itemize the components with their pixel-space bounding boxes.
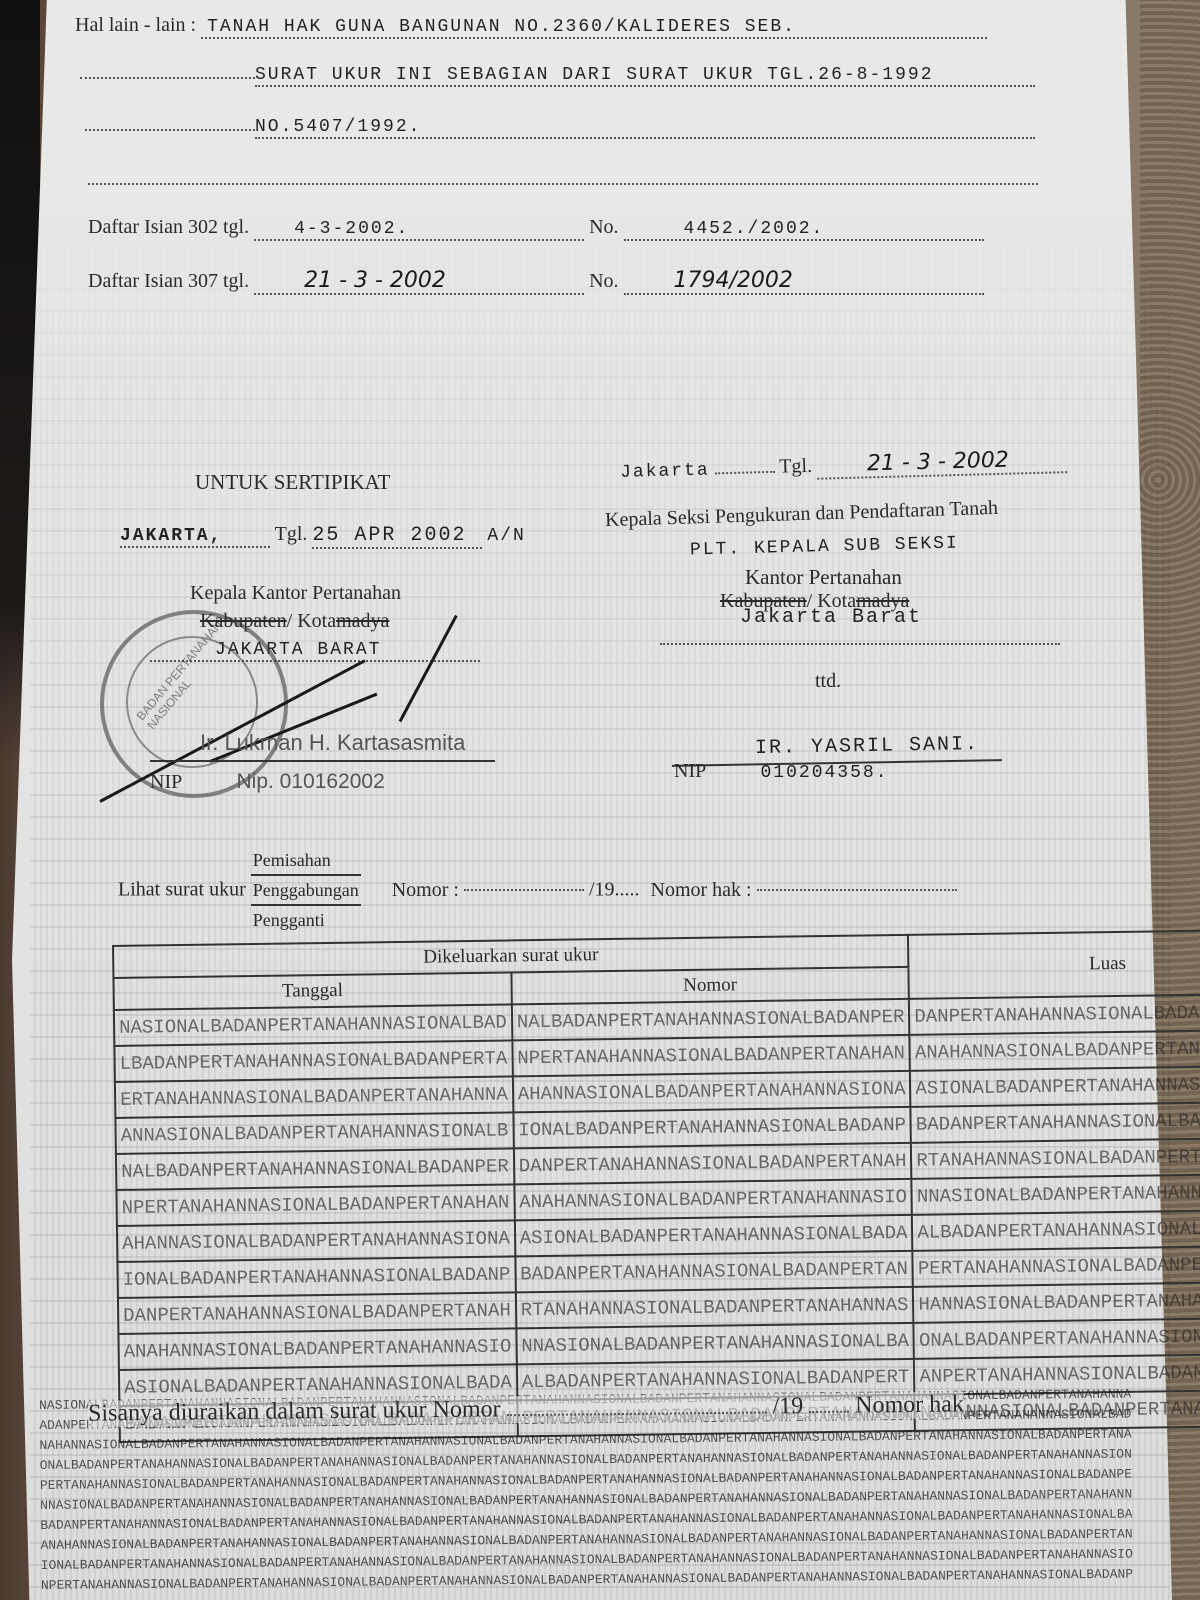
table-cell-empty: ANAHANNASIONALBADANPERTANAHANNASIO bbox=[514, 1179, 912, 1221]
table-cell-empty: NPERTANAHANNASIONALBADANPERTANAHAN bbox=[512, 1035, 910, 1077]
hal-lain-row-3: NO.5407/1992. bbox=[85, 114, 1035, 139]
sertipikat-title: Kepala Kantor Pertanahan bbox=[190, 582, 401, 605]
table-cell-empty: DANPERTANAHANNASIONALBADANPERTANAH bbox=[118, 1292, 516, 1334]
pengukuran-office: Kantor Pertanahan bbox=[745, 565, 902, 590]
surat-ukur-table: Dikeluarkan surat ukur Luas Nomor hak Si… bbox=[112, 917, 1200, 1443]
pengukuran-nip-label: NIP bbox=[674, 760, 705, 782]
lihat-surat-ukur-options: Pemisahan Penggabungan Pengganti bbox=[251, 846, 361, 934]
sertipikat-nip-row: NIP Nip. 010162002 bbox=[150, 770, 385, 794]
sertipikat-nip-label: NIP bbox=[150, 771, 181, 793]
table-cell-empty: IONALBADANPERTANAHANNASIONALBADANP bbox=[117, 1256, 515, 1298]
table-cell-empty: ANAHANNASIONALBADANPERTANAHANNASIO bbox=[910, 1029, 1200, 1071]
option-pemisahan: Pemisahan bbox=[251, 846, 361, 876]
pengukuran-nip: 010204358. bbox=[760, 763, 888, 783]
sertipikat-city: JAKARTA, bbox=[120, 526, 270, 548]
sertipikat-date: 25 APR 2002 bbox=[312, 524, 482, 549]
lihat-surat-ukur-label: Lihat surat ukur bbox=[118, 879, 246, 901]
pengukuran-city: Jakarta bbox=[620, 461, 710, 483]
lihat-nomor-label: Nomor : bbox=[392, 879, 459, 901]
table-cell-empty: RTANAHANNASIONALBADANPERTANAHANNAS bbox=[911, 1137, 1200, 1179]
daftar-isian-302-no-label: No. bbox=[589, 216, 618, 238]
sertipikat-nip: Nip. 010162002 bbox=[236, 770, 384, 793]
table-cell-empty: ANAHANNASIONALBADANPERTANAHANNASIO bbox=[118, 1328, 516, 1370]
table-cell-empty: NALBADANPERTANAHANNASIONALBADANPER bbox=[116, 1148, 514, 1190]
footer-nomor-hak-label: Nomor hak bbox=[855, 1391, 964, 1418]
hal-lain-line-2: SURAT UKUR INI SEBAGIAN DARI SURAT UKUR … bbox=[255, 65, 1035, 87]
footer-text: Sisanya diuraikan dalam surat ukur Nomor bbox=[88, 1396, 501, 1426]
table-cell-empty: NNASIONALBADANPERTANAHANNASIONALBA bbox=[516, 1323, 914, 1365]
lihat-year-suffix: /19..... bbox=[589, 879, 640, 901]
table-cell-empty: PERTANAHANNASIONALBADANPERTANAHANN bbox=[913, 1245, 1200, 1287]
lihat-nomor-hak-label: Nomor hak : bbox=[651, 879, 752, 901]
table-cell-empty: BADANPERTANAHANNASIONALBADANPERTAN bbox=[911, 1101, 1200, 1143]
table-cell-empty: RTANAHANNASIONALBADANPERTANAHANNAS bbox=[516, 1287, 914, 1329]
sertipikat-date-row: JAKARTA, Tgl. 25 APR 2002 A/N bbox=[120, 523, 526, 549]
daftar-isian-307-label: Daftar Isian 307 tgl. bbox=[88, 270, 249, 292]
sertipikat-tgl-label: Tgl. bbox=[275, 523, 308, 545]
table-cell-empty: ERTANAHANNASIONALBADANPERTANAHANNA bbox=[115, 1076, 513, 1118]
table-cell-empty: ASIONALBADANPERTANAHANNASIONALBADA bbox=[910, 1065, 1200, 1107]
an-label: A/N bbox=[487, 526, 525, 546]
table-cell-empty: HANNASIONALBADANPERTANAHANNASIONAL bbox=[913, 1281, 1200, 1323]
table-cell-empty: NNASIONALBADANPERTANAHANNASIONALBA bbox=[912, 1173, 1200, 1215]
sertipikat-official-name: Ir. Lukman H. Kartasasmita bbox=[200, 730, 465, 756]
hal-lain-line-3: NO.5407/1992. bbox=[255, 117, 1035, 139]
table-cell-empty: NASIONALBADANPERTANAHANNASIONALBAD bbox=[114, 1004, 512, 1046]
table-cell-empty: ANNASIONALBADANPERTANAHANNASIONALB bbox=[115, 1112, 513, 1154]
option-penggabungan: Penggabungan bbox=[251, 876, 361, 906]
sertipikat-heading: UNTUK SERTIPIKAT bbox=[195, 470, 390, 495]
col-luas: Luas bbox=[908, 929, 1200, 999]
daftar-isian-307-date: 21 - 3 - 2002 bbox=[254, 268, 584, 295]
daftar-isian-302-no: 4452./2002. bbox=[624, 219, 984, 241]
pengukuran-official-name: IR. YASRIL SANI. bbox=[755, 733, 979, 760]
hal-lain-line-1: TANAH HAK GUNA BANGUNAN NO.2360/KALIDERE… bbox=[201, 17, 987, 39]
table-cell-empty: ALBADANPERTANAHANNASIONALBADANPERT bbox=[912, 1209, 1200, 1251]
table-cell-empty: DANPERTANAHANNASIONALBADANPERTANAH bbox=[909, 993, 1200, 1035]
table-cell-empty: BADANPERTANAHANNASIONALBADANPERTAN bbox=[515, 1251, 913, 1293]
table-cell-empty: AHANNASIONALBADANPERTANAHANNASIONA bbox=[117, 1220, 515, 1262]
daftar-isian-307-row: Daftar Isian 307 tgl. 21 - 3 - 2002 No. … bbox=[88, 268, 984, 295]
table-cell-empty: DANPERTANAHANNASIONALBADANPERTANAH bbox=[514, 1143, 912, 1185]
table-cell-empty: NALBADANPERTANAHANNASIONALBADANPER bbox=[512, 999, 910, 1041]
hal-lain-row-2: SURAT UKUR INI SEBAGIAN DARI SURAT UKUR … bbox=[80, 62, 1035, 87]
table-cell-empty: LBADANPERTANAHANNASIONALBADANPERTA bbox=[114, 1040, 512, 1082]
daftar-isian-307-no-label: No. bbox=[589, 270, 618, 292]
signature-note: ttd. bbox=[815, 670, 841, 693]
pengukuran-tgl-label: Tgl. bbox=[779, 455, 812, 478]
daftar-isian-307-no: 1794/2002 bbox=[624, 268, 984, 295]
table-cell-empty: IONALBADANPERTANAHANNASIONALBADANP bbox=[513, 1107, 911, 1149]
option-pengganti: Pengganti bbox=[251, 906, 361, 934]
table-cell-empty: NPERTANAHANNASIONALBADANPERTANAHAN bbox=[116, 1184, 514, 1226]
daftar-isian-302-label: Daftar Isian 302 tgl. bbox=[88, 216, 249, 238]
footer-year-suffix: /19 bbox=[772, 1393, 803, 1419]
pengukuran-nip-row: NIP 010204358. bbox=[674, 760, 889, 783]
table-cell-empty: ONALBADANPERTANAHANNASIONALBADANPE bbox=[914, 1317, 1200, 1359]
hal-lain-row-4 bbox=[88, 168, 1038, 191]
hal-lain-row-1: Hal lain - lain : TANAH HAK GUNA BANGUNA… bbox=[75, 14, 987, 39]
table-cell-empty: ASIONALBADANPERTANAHANNASIONALBADA bbox=[515, 1215, 913, 1257]
daftar-isian-302-date: 4-3-2002. bbox=[254, 219, 584, 241]
pengukuran-region-value: Jakarta Barat bbox=[740, 606, 922, 629]
daftar-isian-302-row: Daftar Isian 302 tgl. 4-3-2002. No. 4452… bbox=[88, 216, 984, 241]
table-cell-empty: AHANNASIONALBADANPERTANAHANNASIONA bbox=[513, 1071, 911, 1113]
lihat-surat-ukur-row: Lihat surat ukur Pemisahan Penggabungan … bbox=[118, 846, 957, 934]
hal-lain-label: Hal lain - lain : bbox=[75, 14, 196, 36]
